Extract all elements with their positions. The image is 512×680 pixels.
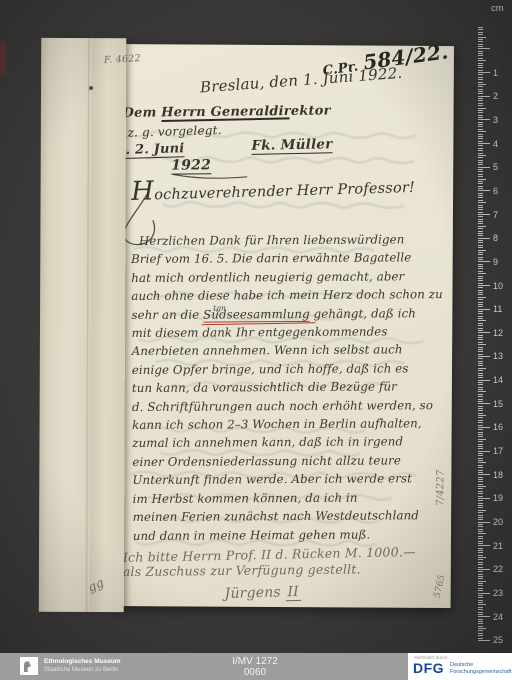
ruler-tick <box>478 53 483 54</box>
ruler-tick <box>478 545 490 546</box>
ruler-tick <box>478 176 483 177</box>
ruler-tick <box>478 524 483 525</box>
ruler-number: 6 <box>493 186 498 196</box>
ruler-tick <box>478 533 486 534</box>
ruler-tick <box>478 597 483 598</box>
paper-hole <box>89 86 93 90</box>
ruler-tick <box>478 467 483 468</box>
ruler-tick <box>478 415 486 416</box>
ruler-number: 17 <box>493 446 503 456</box>
ruler-tick <box>478 162 483 163</box>
ruler-tick <box>478 238 490 239</box>
dfg-org-name: Deutsche Forschungsgemeinschaft <box>450 662 511 675</box>
ruler-tick <box>478 134 483 135</box>
ruler-tick <box>478 143 490 144</box>
ruler-tick <box>478 410 483 411</box>
ruler-tick <box>478 377 483 378</box>
ruler-tick <box>478 79 483 80</box>
ruler-tick <box>478 257 483 258</box>
ruler-tick <box>478 373 483 374</box>
ruler-tick <box>478 122 483 123</box>
ruler-tick <box>478 339 483 340</box>
ruler-tick <box>478 356 490 357</box>
letter-body-line: auch ohne diese habe ich mein Herz doch … <box>131 285 445 305</box>
ruler-tick <box>478 250 486 251</box>
ruler-tick <box>478 63 483 64</box>
ruler-tick <box>478 294 483 295</box>
ruler-tick <box>478 183 483 184</box>
ruler-tick <box>478 619 483 620</box>
ruler-tick <box>478 479 483 480</box>
ruler-tick <box>478 164 483 165</box>
dfg-logo: DFG <box>413 660 444 676</box>
ruler-tick <box>478 507 483 508</box>
ruler-tick <box>478 271 483 272</box>
ruler-tick <box>478 503 483 504</box>
ruler-tick <box>478 332 490 333</box>
ruler-tick <box>478 325 483 326</box>
ruler-tick <box>478 358 483 359</box>
ruler-tick <box>478 179 486 180</box>
registry-clerk-signature: Fk. Müller <box>251 136 332 155</box>
ruler-tick <box>478 600 483 601</box>
ruler-tick <box>478 559 483 560</box>
ruler-number: 13 <box>493 351 503 361</box>
ruler-tick <box>478 91 483 92</box>
ruler-tick <box>478 202 486 203</box>
letter-body-line: und dann in meine Heimat gehen muß. <box>133 525 447 545</box>
shelfmark: I/MV 1272 <box>180 656 330 667</box>
ruler-tick <box>478 569 490 570</box>
ruler-tick <box>478 150 483 151</box>
ruler-tick <box>478 60 486 61</box>
museum-name: Ethnologisches Museum <box>44 658 121 666</box>
ruler-tick <box>478 576 483 577</box>
ruler-number: 7 <box>493 210 498 220</box>
ruler-tick <box>478 84 486 85</box>
ruler-tick <box>478 557 486 558</box>
ruler-tick <box>478 349 483 350</box>
ruler-number: 24 <box>493 612 503 622</box>
ruler-tick <box>478 484 483 485</box>
ruler-tick <box>478 110 483 111</box>
ruler-tick <box>478 375 483 376</box>
ruler-tick <box>478 27 483 28</box>
ruler-tick <box>478 612 483 613</box>
ruler-tick <box>478 160 483 161</box>
ruler-tick <box>478 231 483 232</box>
dateline: Breslau, den 1. Juni 1922. <box>199 64 403 97</box>
ruler-tick <box>478 259 483 260</box>
ruler-tick <box>478 115 483 116</box>
ruler-tick <box>478 417 483 418</box>
ruler-tick <box>478 148 483 149</box>
ruler-tick <box>478 510 486 511</box>
ruler-tick <box>478 245 483 246</box>
ruler-tick <box>478 41 483 42</box>
ruler-number: 22 <box>493 564 503 574</box>
ruler-tick <box>478 578 483 579</box>
ruler-tick <box>478 280 483 281</box>
ruler-tick <box>478 309 490 310</box>
letter-body-line: hat mich ordentlich neugierig gemacht, a… <box>131 267 445 287</box>
letter-body-line: zumal ich annehmen kann, daß ich in irge… <box>132 433 446 453</box>
ruler-tick <box>478 427 490 428</box>
ruler-number: 3 <box>493 115 498 125</box>
ruler-tick <box>478 436 483 437</box>
ruler-tick <box>478 363 483 364</box>
ruler-tick <box>478 299 483 300</box>
letter-body-line: tun kann, da voraussichtlich die Bezüge … <box>132 377 446 397</box>
ruler-tick <box>478 311 483 312</box>
ruler-tick <box>478 536 483 537</box>
letter-body-line: Brief vom 16. 5. Die darin erwähnte Baga… <box>131 249 445 269</box>
letter-body-line: im Herbst kommen können, da ich in <box>133 488 447 508</box>
ruler-number: 18 <box>493 470 503 480</box>
ruler-tick <box>478 212 483 213</box>
ruler-tick <box>478 633 483 634</box>
footer-bar: Ethnologisches Museum Staatliche Museen … <box>0 653 512 680</box>
ruler-tick <box>478 216 483 217</box>
ruler-tick <box>478 240 483 241</box>
ruler-tick <box>478 100 483 101</box>
letter-body-line: sehr an die Südseesammlungtgn gehängt, d… <box>131 304 445 324</box>
dfg-org-line2: Forschungsgemeinschaft <box>450 669 511 676</box>
ruler-tick <box>478 126 483 127</box>
signature-name: Jürgens <box>224 584 281 602</box>
ruler-tick <box>478 361 483 362</box>
ruler-tick <box>478 472 483 473</box>
ruler-tick <box>478 157 483 158</box>
ruler-tick <box>478 517 483 518</box>
ruler-tick <box>478 193 483 194</box>
ruler-tick <box>478 640 490 641</box>
ruler-tick <box>478 588 483 589</box>
ruler-tick <box>478 77 483 78</box>
ruler-tick <box>478 264 483 265</box>
ruler-tick <box>478 190 490 191</box>
ruler-number: 1 <box>493 68 498 78</box>
ruler-tick <box>478 86 483 87</box>
ruler-tick <box>478 207 483 208</box>
ruler-tick <box>478 186 483 187</box>
letter-page: C.Pr. 584/22. Breslau, den 1. Juni 1922.… <box>113 44 454 608</box>
ruler-tick <box>478 117 483 118</box>
museum-name-block: Ethnologisches Museum Staatliche Museen … <box>44 658 121 674</box>
ruler-tick <box>478 67 483 68</box>
fold-crease <box>85 38 91 612</box>
ruler-tick <box>478 496 483 497</box>
ruler-tick <box>478 171 483 172</box>
ruler-tick <box>478 323 483 324</box>
museum-parent-name: Staatliche Museen zu Berlin <box>44 666 121 674</box>
ruler-tick <box>478 290 483 291</box>
ruler-number: 2 <box>493 91 498 101</box>
ruler-tick <box>478 129 483 130</box>
ruler-tick <box>478 500 483 501</box>
ruler-tick <box>478 297 486 298</box>
ruler-tick <box>478 276 483 277</box>
ruler-tick <box>478 607 483 608</box>
ruler-tick <box>478 320 486 321</box>
ruler-unit-label: cm <box>491 3 504 14</box>
ruler-tick <box>478 46 483 47</box>
ruler-tick <box>478 219 483 220</box>
ruler-tick <box>478 131 486 132</box>
ruler-tick <box>478 555 483 556</box>
ruler-tick <box>478 37 486 38</box>
ruler-tick <box>478 481 483 482</box>
signature-numeral: II <box>285 584 301 601</box>
ruler-tick <box>478 585 483 586</box>
ruler-tick <box>478 29 483 30</box>
ruler-tick <box>478 365 483 366</box>
ruler-tick <box>478 98 483 99</box>
ruler-number: 9 <box>493 257 498 267</box>
ruler-tick <box>478 370 483 371</box>
ruler-tick <box>478 396 483 397</box>
ruler-tick <box>478 574 483 575</box>
ruler-tick <box>478 628 486 629</box>
ruler-tick <box>478 583 483 584</box>
ruler-tick <box>478 571 483 572</box>
ruler-tick <box>478 394 483 395</box>
ruler-tick <box>478 55 483 56</box>
ruler-tick <box>478 590 483 591</box>
ruler-tick <box>478 519 483 520</box>
dfg-funding-box: Gefördert durch DFG Deutsche Forschungsg… <box>408 653 512 680</box>
ruler-tick <box>478 226 486 227</box>
ruler-tick <box>478 285 490 286</box>
letter-body-line: Unterkunft finden werde. Aber ich werde … <box>132 469 446 489</box>
ruler-tick <box>478 48 490 49</box>
ruler-tick <box>478 638 483 639</box>
inserted-correction: tgn <box>213 299 226 317</box>
ruler-tick <box>478 195 483 196</box>
smb-museum-logo <box>20 657 38 675</box>
ruler-tick <box>478 581 486 582</box>
ruler-tick <box>478 44 483 45</box>
ruler-tick <box>478 604 486 605</box>
ruler-tick <box>478 368 486 369</box>
ruler-tick <box>478 119 490 120</box>
ruler-tick <box>478 313 483 314</box>
ruler-number: 12 <box>493 328 503 338</box>
shelfmark-block: I/MV 1272 0060 <box>180 656 330 678</box>
ruler-tick <box>478 460 483 461</box>
ruler-tick <box>478 82 483 83</box>
registry-year: 1922 <box>171 157 211 174</box>
ruler-tick <box>478 330 483 331</box>
ruler-tick <box>478 455 483 456</box>
ruler-tick <box>478 302 483 303</box>
ruler-tick <box>478 406 483 407</box>
ruler-number: 19 <box>493 493 503 503</box>
ruler-number: 23 <box>493 588 503 598</box>
ruler-tick <box>478 538 483 539</box>
ruler-tick <box>478 108 486 109</box>
ruler-tick <box>478 451 490 452</box>
ruler-tick <box>478 488 483 489</box>
ruler-tick <box>478 318 483 319</box>
ruler-tick <box>478 93 483 94</box>
ruler-tick <box>478 167 490 168</box>
ruler-tick <box>478 283 483 284</box>
letter-body-line: d. Schriftführungen auch noch erhöht wer… <box>132 396 446 416</box>
ruler-number: 15 <box>493 399 503 409</box>
ruler-tick <box>478 441 483 442</box>
ruler-tick <box>478 205 483 206</box>
ruler-tick <box>478 223 483 224</box>
ruler-number: 21 <box>493 541 503 551</box>
ruler-tick <box>478 486 486 487</box>
ruler-tick <box>478 384 483 385</box>
ruler-tick <box>478 477 483 478</box>
ruler-tick <box>478 105 483 106</box>
letter-body-line: einige Opfer bringe, und ich hoffe, daß … <box>132 359 446 379</box>
ruler-tick <box>478 242 483 243</box>
ruler-tick <box>478 470 483 471</box>
ruler-tick <box>478 552 483 553</box>
ruler-tick <box>478 439 486 440</box>
margin-number-vertical: 7/4227 <box>435 470 446 506</box>
color-strip-edge <box>0 42 6 74</box>
ruler-tick <box>478 200 483 201</box>
ruler-tick <box>478 382 483 383</box>
pencil-inventory-note: F. 4622 <box>104 53 141 66</box>
ruler-tick <box>478 58 483 59</box>
ruler-tick <box>478 529 483 530</box>
ruler-tick <box>478 567 483 568</box>
ruler-tick <box>478 153 483 154</box>
ruler-tick <box>478 278 483 279</box>
ruler-tick <box>478 228 483 229</box>
ruler-tick <box>478 74 483 75</box>
ruler-tick <box>478 347 483 348</box>
ruler-tick <box>478 197 483 198</box>
ruler-number: 5 <box>493 162 498 172</box>
ruler-tick <box>478 103 483 104</box>
ruler-tick <box>478 155 486 156</box>
ruler-tick <box>478 306 483 307</box>
ruler-tick <box>478 188 483 189</box>
ruler-tick <box>478 112 483 113</box>
ruler-tick <box>478 72 490 73</box>
ruler-tick <box>478 602 483 603</box>
ruler-tick <box>478 429 483 430</box>
ruler-tick <box>478 254 483 255</box>
ruler-tick <box>478 420 483 421</box>
ruler-tick <box>478 465 483 466</box>
ruler-tick <box>478 380 490 381</box>
ruler-tick <box>478 252 483 253</box>
letter-body-line: Anerbieten annehmen. Wenn ich selbst auc… <box>132 341 446 361</box>
ruler-tick <box>478 444 483 445</box>
ruler-tick <box>478 221 483 222</box>
ruler-tick <box>478 32 483 33</box>
ruler-tick <box>478 446 483 447</box>
ruler-tick <box>478 401 483 402</box>
letter-body: Herzlichen Dank für Ihren liebenswürdige… <box>131 230 447 545</box>
ruler-tick <box>478 515 483 516</box>
letter-body-line: meinen Ferien zunächst nach Westdeutschl… <box>133 506 447 526</box>
ruler-tick <box>478 635 483 636</box>
ruler-tick <box>478 34 483 35</box>
ruler-tick <box>478 316 483 317</box>
ruler-tick <box>478 136 483 137</box>
ruler-tick <box>478 266 483 267</box>
ruler-tick <box>478 562 483 563</box>
ruler-tick <box>478 541 483 542</box>
ruler-tick <box>478 292 483 293</box>
ruler-tick <box>478 354 483 355</box>
ruler-number: 16 <box>493 422 503 432</box>
ruler-tick <box>478 344 486 345</box>
ruler-tick <box>478 564 483 565</box>
ruler-tick <box>478 174 483 175</box>
ruler-tick <box>478 512 483 513</box>
letter-body-line: Herzlichen Dank für Ihren liebenswürdige… <box>131 230 445 250</box>
registry-note: z. g. vorgelegt. <box>127 123 222 140</box>
ruler-tick <box>478 273 486 274</box>
ruler-tick <box>478 550 483 551</box>
ruler-tick <box>478 498 490 499</box>
ruler-tick <box>478 51 483 52</box>
ruler-tick <box>478 261 490 262</box>
ruler-number: 10 <box>493 281 503 291</box>
ruler-tick <box>478 287 483 288</box>
ruler-tick <box>478 458 483 459</box>
ruler-tick <box>478 138 483 139</box>
postscript-line2: als Zuschuss zur Verfügung gestellt. <box>123 561 361 579</box>
letter-body-line: mit diesem dank Ihr entgegenkommendes <box>132 322 446 342</box>
ruler: cm 1234567891011121314151617181920212223… <box>478 0 512 653</box>
ruler-tick <box>478 531 483 532</box>
ruler-number: 25 <box>493 635 503 645</box>
ruler-tick <box>478 342 483 343</box>
ruler-tick <box>478 425 483 426</box>
ruler-tick <box>478 403 490 404</box>
ruler-tick <box>478 235 483 236</box>
ruler-tick <box>478 422 483 423</box>
ruler-tick <box>478 623 483 624</box>
ruler-tick <box>478 399 483 400</box>
ruler-tick <box>478 391 486 392</box>
letter-body-line: einer Ordensniederlassung nicht allzu te… <box>132 451 446 471</box>
ruler-tick <box>478 247 483 248</box>
ruler-number: 14 <box>493 375 503 385</box>
ruler-tick <box>478 526 483 527</box>
ruler-tick <box>478 626 483 627</box>
ruler-tick <box>478 548 483 549</box>
ruler-number: 4 <box>493 139 498 149</box>
ruler-tick <box>478 462 486 463</box>
ruler-tick <box>478 335 483 336</box>
ruler-tick <box>478 614 483 615</box>
ruler-tick <box>478 70 483 71</box>
ruler-tick <box>478 65 483 66</box>
ruler-tick <box>478 493 483 494</box>
ruler-tick <box>478 268 483 269</box>
ruler-tick <box>478 351 483 352</box>
ruler-tick <box>478 434 483 435</box>
ruler-tick <box>478 522 490 523</box>
ruler-tick <box>478 209 483 210</box>
ruler-tick <box>478 328 483 329</box>
red-underlined-word: Südseesammlungtgn <box>203 307 310 323</box>
ruler-tick <box>478 337 483 338</box>
ruler-tick <box>478 595 483 596</box>
